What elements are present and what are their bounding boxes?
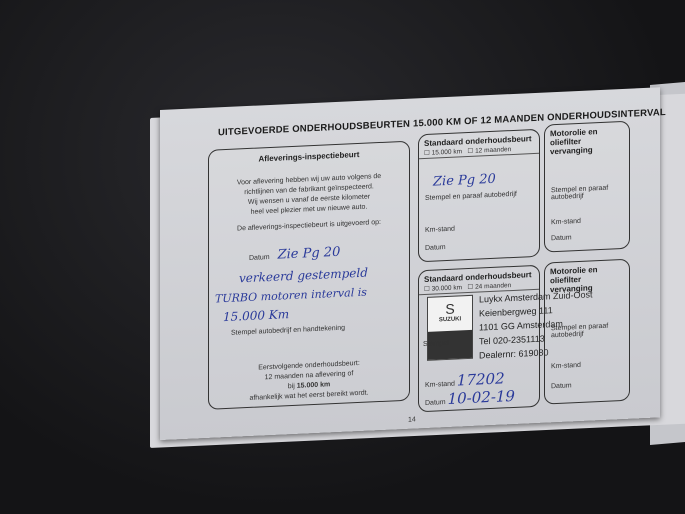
suzuki-logo: S SUZUKI xyxy=(427,295,473,361)
km-value: 17202 xyxy=(457,369,505,389)
next-service-info: Eerstvolgende onderhoudsbeurt: 12 maande… xyxy=(209,357,409,406)
service-box-2: Standaard onderhoudsbeurt ☐ 30.000 km ☐ … xyxy=(418,265,540,413)
handwritten-note-2: TURBO motoren interval is xyxy=(215,286,367,306)
booklet-page: UITGEVOERDE ONDERHOUDSBEURTEN 15.000 KM … xyxy=(160,87,660,440)
handwritten-date: Zie Pg 20 xyxy=(278,245,341,263)
delivery-inspection-box: Afleverings-inspectiebeurt Voor afleveri… xyxy=(208,141,410,410)
date-label: Datum xyxy=(249,254,270,262)
delivery-heading: Afleverings-inspectiebeurt xyxy=(209,148,409,166)
signature-label: Stempel autobedrijf en handtekening xyxy=(231,325,345,337)
handwritten-note-3: 15.000 Km xyxy=(223,307,289,324)
delivery-intro: Voor aflevering hebben wij uw auto volge… xyxy=(209,171,409,220)
oil-box-2: Motorolie enoliefilter vervanging Stempe… xyxy=(544,259,630,405)
handwritten-note-1: verkeerd gestempeld xyxy=(239,266,368,286)
performed-on-label: De afleverings-inspectiebeurt is uitgevo… xyxy=(209,217,409,236)
oil-box-1: Motorolie enoliefilter vervanging Stempe… xyxy=(544,121,630,253)
page-number: 14 xyxy=(408,416,416,423)
date-value: 10-02-19 xyxy=(448,387,515,408)
service-box-1: Standaard onderhoudsbeurt ☐ 15.000 km ☐ … xyxy=(418,129,540,263)
handwritten-ref: Zie Pg 20 xyxy=(433,172,496,190)
